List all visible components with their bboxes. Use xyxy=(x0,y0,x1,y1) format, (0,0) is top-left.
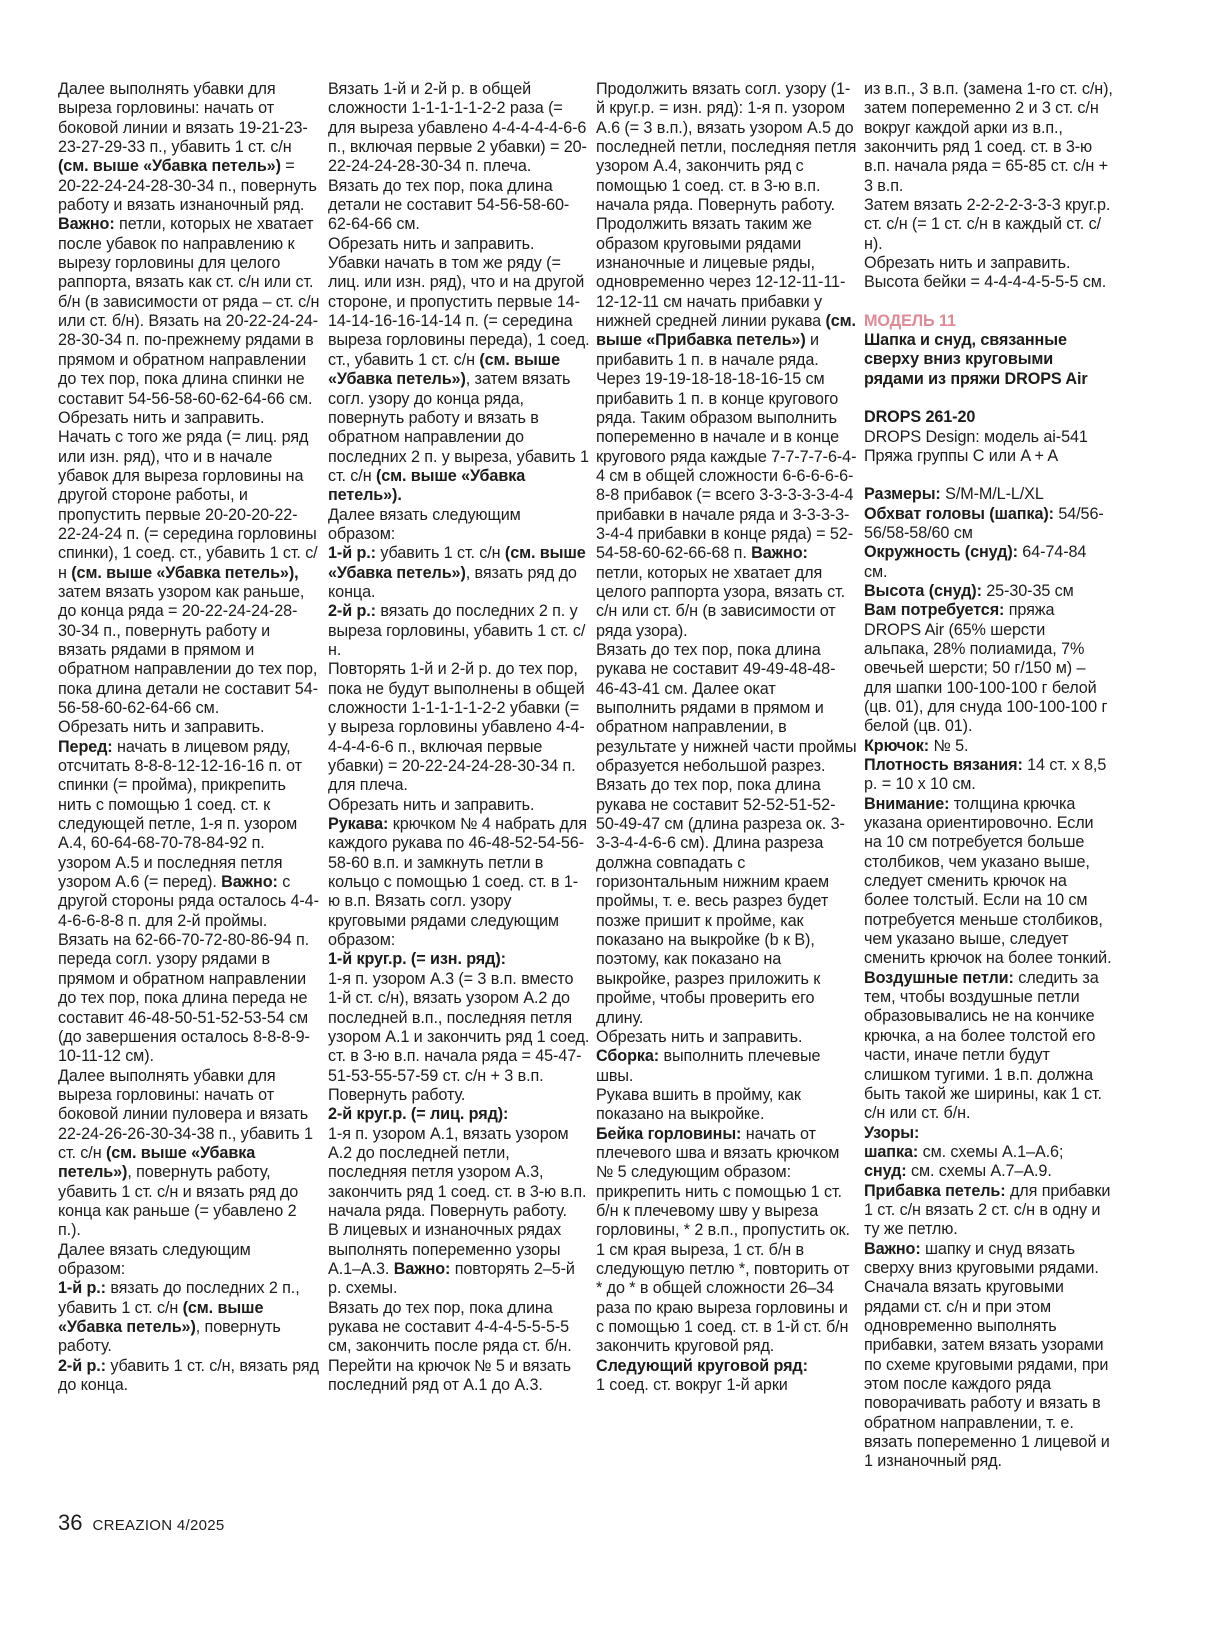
bold-label: 1-й круг.р. (= изн. ряд): xyxy=(328,950,506,968)
bold-label: Узоры: xyxy=(864,1124,919,1142)
model-title: Шапка и снуд, связанные сверху вниз круг… xyxy=(864,331,1114,389)
bold-label: (см. выше «Убавка петель») xyxy=(328,351,560,388)
text-column-1: Далее выполнять убавки для выреза горлов… xyxy=(58,80,320,1395)
bold-label: 2-й р.: xyxy=(328,602,376,620)
bold-label: Рукава: xyxy=(328,815,388,833)
model-specs: Размеры: S/M-M/L-L/XLОбхват головы (шапк… xyxy=(864,485,1114,1472)
bold-label: Воздушные петли: xyxy=(864,969,1014,987)
bold-label: Прибавка петель: xyxy=(864,1182,1006,1200)
bold-label: Сборка: xyxy=(596,1047,659,1065)
bold-label: Высота (снуд): xyxy=(864,582,982,600)
bold-label: шапка: xyxy=(864,1143,918,1161)
spacer xyxy=(864,466,1114,485)
bold-label: (см. выше «Прибавка петель») xyxy=(596,312,856,349)
bold-label: (см. выше «Убавка петель») xyxy=(58,1144,255,1181)
bold-label: Крючок: xyxy=(864,737,929,755)
spacer xyxy=(864,293,1114,312)
bold-label: (см. выше «Убавка петель») xyxy=(58,1299,263,1336)
bold-label: (см. выше «Убавка петель») xyxy=(58,157,281,175)
bold-label: (см. выше «Убавка петель»), xyxy=(71,564,298,582)
column-text: из в.п., 3 в.п. (замена 1-го ст. с/н), з… xyxy=(864,80,1114,293)
column-text: Далее выполнять убавки для выреза горлов… xyxy=(58,80,320,1395)
page-footer: 36 CREAZION 4/2025 xyxy=(58,1510,225,1536)
spacer xyxy=(864,389,1114,408)
bold-label: 2-й р.: xyxy=(58,1357,106,1375)
text-column-2: Вязать 1-й и 2-й р. в общей сложности 1-… xyxy=(328,80,590,1395)
bold-label: Окружность (снуд): xyxy=(864,543,1018,561)
model-number-heading: МОДЕЛЬ 11 xyxy=(864,312,1114,331)
page-number: 36 xyxy=(58,1510,82,1536)
bold-label: Бейка горловины: xyxy=(596,1125,741,1143)
text-column-3: Продолжить вязать согл. узору (1-й круг.… xyxy=(596,80,858,1395)
bold-label: Важно: xyxy=(221,873,278,891)
bold-label: (см. выше «Убавка петель»). xyxy=(328,467,525,504)
bold-label: Важно: xyxy=(394,1260,451,1278)
yarn-group: Пряжа группы C или A + A xyxy=(864,447,1114,466)
bold-label: Перед: xyxy=(58,738,113,756)
bold-label: Важно: xyxy=(751,544,808,562)
bold-label: 1-й р.: xyxy=(328,544,376,562)
magazine-page: Далее выполнять убавки для выреза горлов… xyxy=(0,0,1211,1636)
bold-label: 1-й р.: xyxy=(58,1279,106,1297)
bold-label: Плотность вязания: xyxy=(864,756,1023,774)
bold-label: Следующий круговой ряд: xyxy=(596,1357,808,1375)
bold-label: Обхват головы (шапка): xyxy=(864,505,1054,523)
bold-label: снуд: xyxy=(864,1162,907,1180)
text-column-4: из в.п., 3 в.п. (замена 1-го ст. с/н), з… xyxy=(864,80,1114,1472)
model-design: DROPS Design: модель ai-541 xyxy=(864,428,1114,447)
bold-label: 2-й круг.р. (= лиц. ряд): xyxy=(328,1105,508,1123)
column-text: Продолжить вязать согл. узору (1-й круг.… xyxy=(596,80,858,1395)
magazine-issue: CREAZION 4/2025 xyxy=(92,1517,224,1534)
bold-label: Важно: xyxy=(864,1240,921,1258)
bold-label: Размеры: xyxy=(864,485,941,503)
bold-label: Важно: xyxy=(58,215,115,233)
model-code: DROPS 261-20 xyxy=(864,408,1114,427)
column-text: Вязать 1-й и 2-й р. в общей сложности 1-… xyxy=(328,80,590,1395)
bold-label: Внимание: xyxy=(864,795,949,813)
bold-label: Вам потребуется: xyxy=(864,601,1004,619)
